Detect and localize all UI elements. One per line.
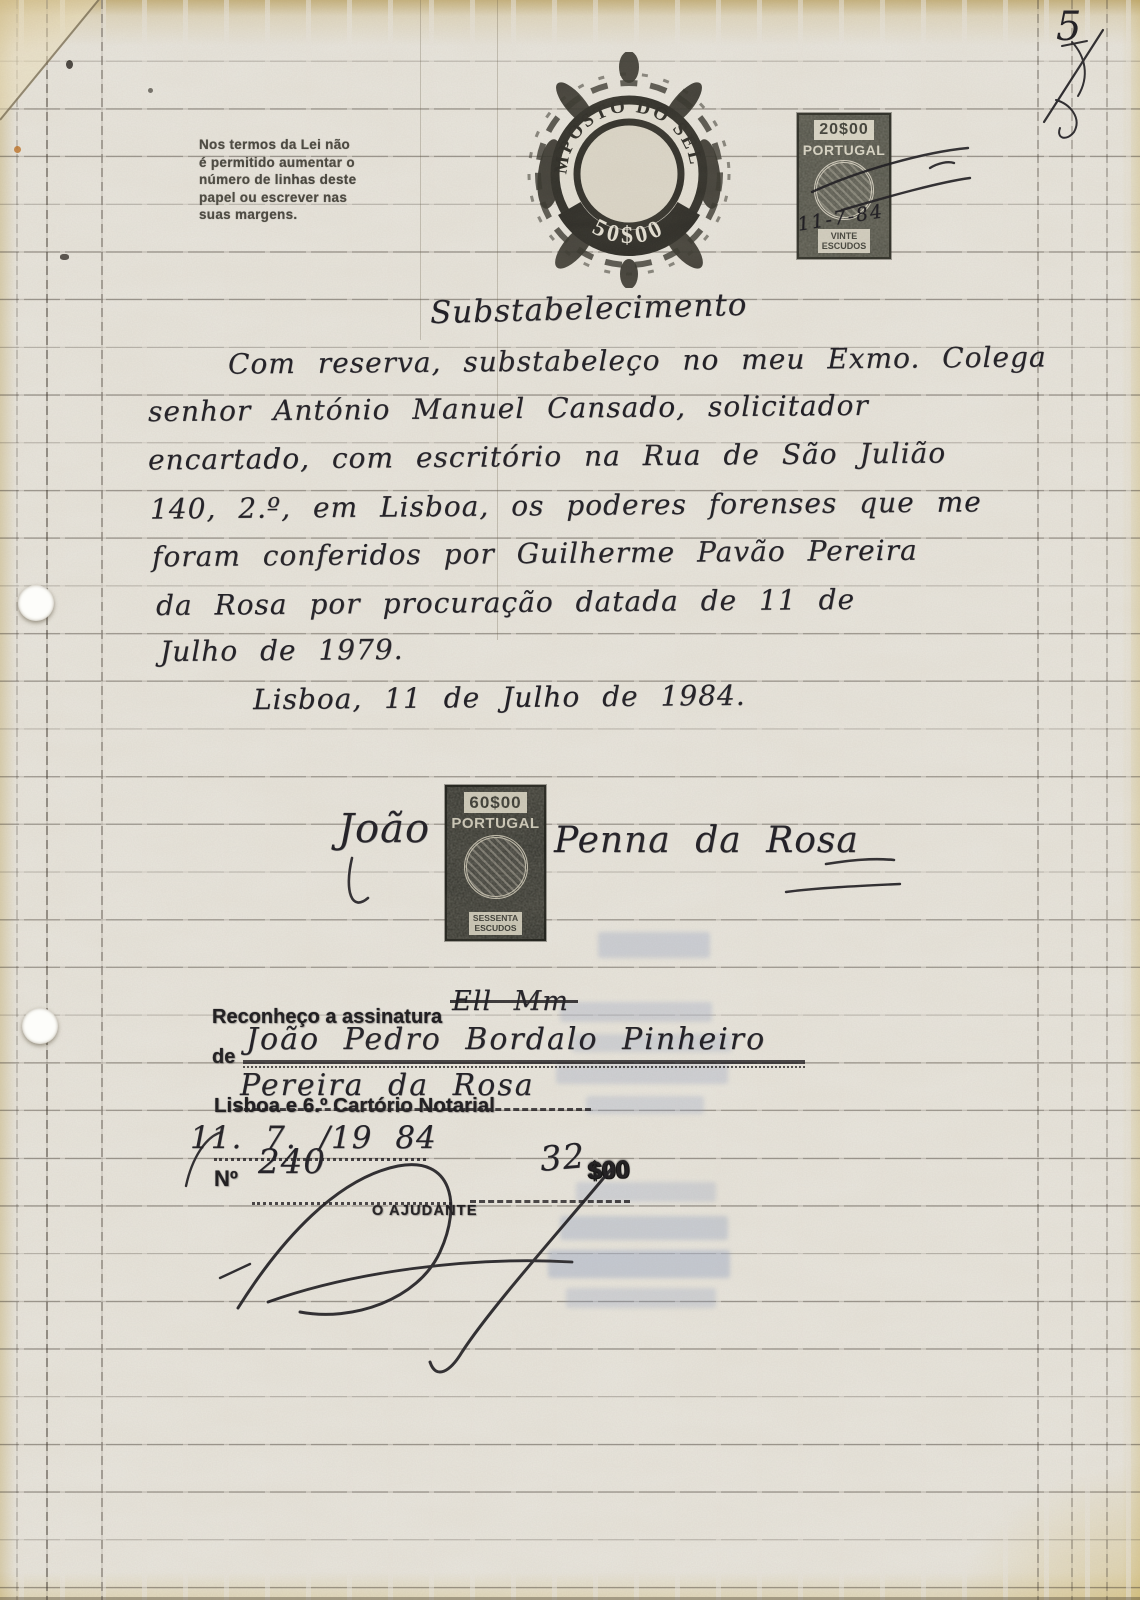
left-margin-line-2 (46, 0, 48, 1600)
notary-signer-name-line2: Pereira da Rosa (240, 1068, 535, 1103)
notary-signer-name-line1: João Pedro Bordalo Pinheiro (246, 1022, 766, 1057)
ghost-line (560, 1002, 712, 1022)
form-line (470, 1200, 630, 1203)
manuscript-line: Lisboa, 11 de Julho de 1984. (253, 679, 746, 716)
ghost-line (548, 1250, 730, 1278)
margin-notice: Nos termos da Lei não é permitido aument… (199, 136, 384, 224)
left-margin-line-3 (101, 0, 103, 1600)
ink-speck (148, 88, 153, 93)
punch-hole (18, 585, 54, 621)
manuscript-line: Julho de 1979. (160, 633, 404, 668)
revenue-stamp-60-escudos: 60$00 PORTUGAL SESSENTA ESCUDOS (445, 785, 546, 941)
manuscript-line: da Rosa por procuração datada de 11 de (156, 583, 855, 622)
notary-number-value: 240 (258, 1142, 326, 1182)
margin-notice-line: é permitido aumentar o (199, 154, 384, 172)
left-margin-line-1 (16, 0, 18, 1600)
manuscript-line: senhor António Manuel Cansado, solicitad… (148, 389, 869, 428)
manuscript-line: foram conferidos por Guilherme Pavão Per… (152, 534, 918, 574)
notary-number-label: Nº (214, 1166, 238, 1192)
margin-notice-line: papel ou escrever nas (199, 189, 384, 207)
stamp-texture (447, 787, 544, 939)
margin-notice-line: Nos termos da Lei não (199, 136, 384, 154)
vertical-crease-1 (420, 0, 421, 340)
right-margin-line-1 (1037, 0, 1039, 1600)
notary-recognize-note: Ell Mm (452, 986, 569, 1017)
form-line (243, 1060, 805, 1064)
notary-clerk-label: O AJUDANTE (372, 1203, 478, 1219)
ghost-line (586, 1096, 704, 1114)
stamp-texture (799, 115, 889, 257)
notary-of-label: de (212, 1046, 235, 1069)
revenue-stamp-20-escudos: 20$00 PORTUGAL VINTE ESCUDOS 11-7-84 (797, 113, 891, 259)
punch-hole (22, 1008, 58, 1044)
rust-speck (14, 146, 21, 153)
margin-notice-line: suas margens. (199, 206, 384, 224)
notary-fee-stamped: $00 (588, 1155, 631, 1185)
signature-surname: Penna da Rosa (554, 820, 859, 861)
ghost-line (566, 1288, 716, 1308)
ghost-line (560, 1216, 728, 1240)
right-margin-line-3 (1106, 0, 1108, 1600)
margin-notice-line: número de linhas deste (199, 171, 384, 189)
ink-speck (66, 60, 73, 69)
imposto-do-selo-seal: IMPOSTO DO SELO 50$00 (526, 52, 732, 288)
notary-fee-handwritten: 32 (538, 1136, 587, 1180)
scanned-document-page: Nos termos da Lei não é permitido aument… (0, 0, 1140, 1600)
manuscript-line: encartado, com escritório na Rua de São … (148, 437, 946, 477)
signature-first-name: João (338, 806, 430, 852)
ghost-line (598, 932, 710, 958)
right-margin-line-2 (1071, 0, 1073, 1600)
ink-speck (60, 254, 69, 260)
